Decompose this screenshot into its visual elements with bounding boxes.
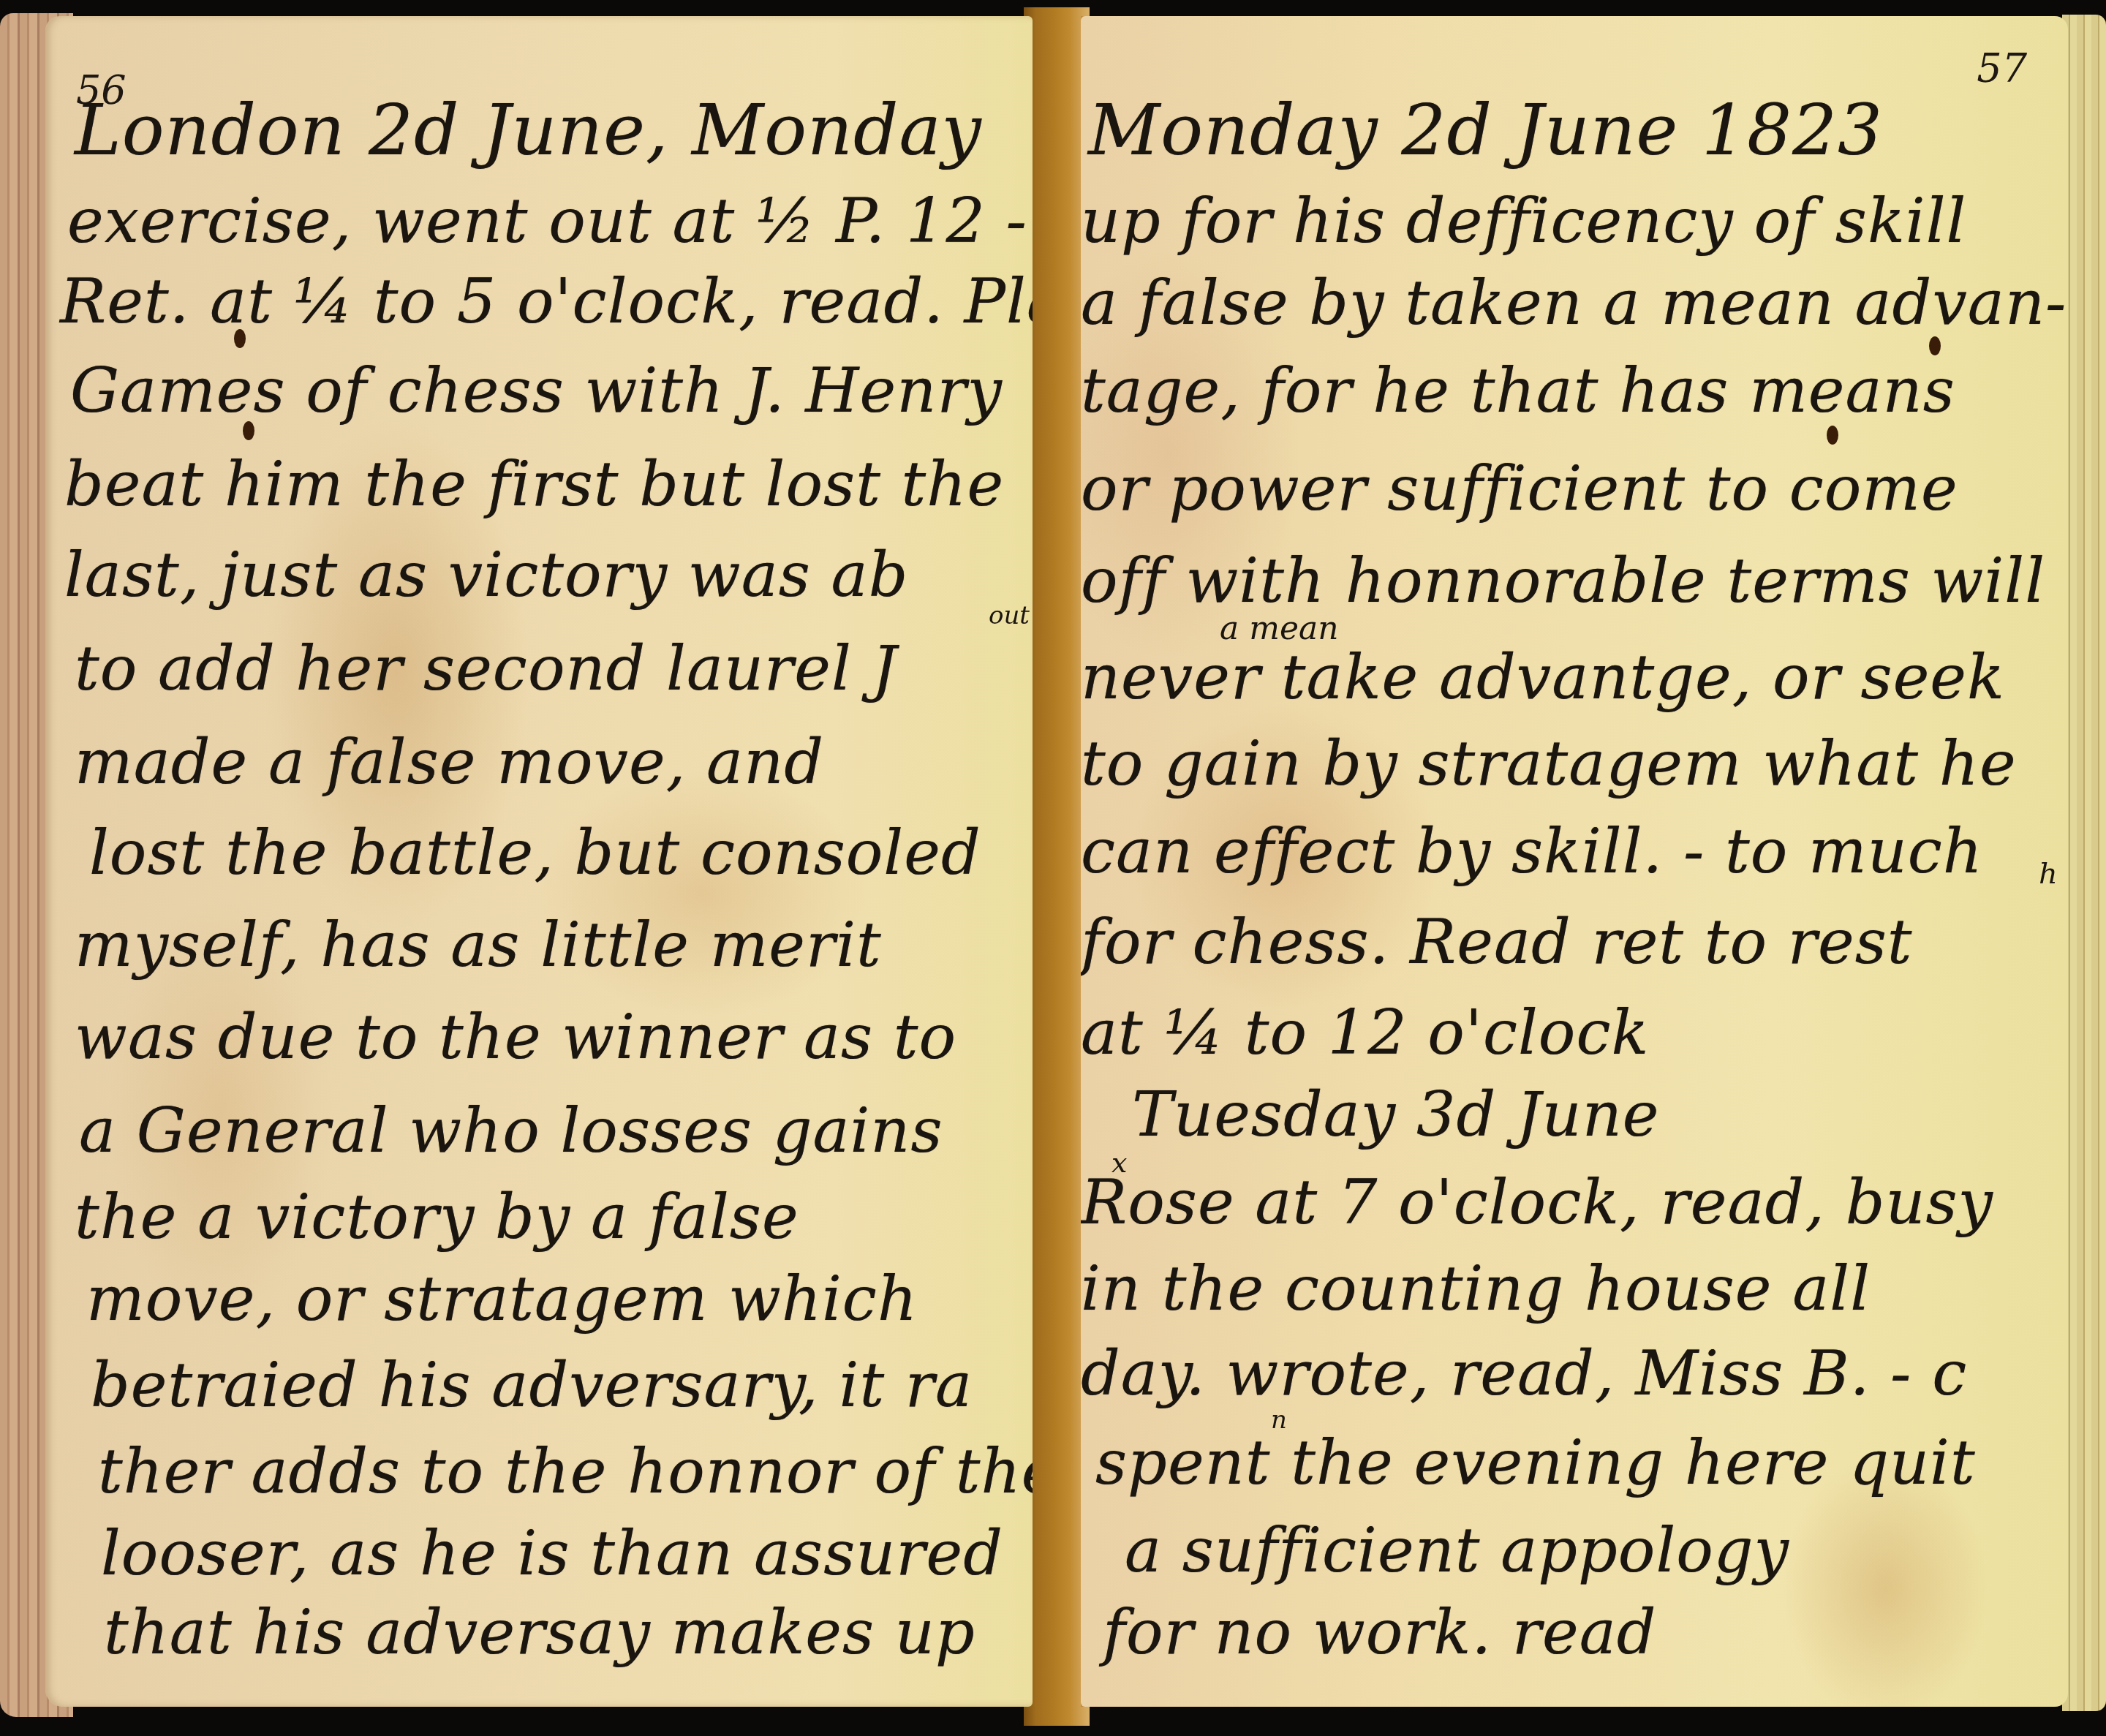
text-line: off with honnorable terms will [1081,550,2045,611]
text-line: beat him the first but lost the [64,453,1004,515]
page-number-right: 57 [1977,45,2027,91]
text-line: a sufficient appology [1125,1520,1789,1581]
text-line: looser, as he is than assured [101,1522,1003,1584]
interlinear-insert: a mean [1220,610,1339,647]
text-line: for no work. read [1103,1601,1657,1663]
text-line: ther adds to the honnor of the [98,1441,1033,1502]
text-line: never take advantge, or seek [1081,646,2005,708]
text-line: last, just as victory was ab [64,544,908,605]
book-gutter [1024,7,1090,1726]
right-page: 57 Monday 2d June 1823 up for his deffic… [1081,16,2068,1707]
worm-hole [1827,426,1838,445]
text-line: was due to the winner as to [75,1006,956,1068]
text-line: that his adversay makes up [104,1601,975,1663]
text-line: a false by taken a mean advan- [1081,272,2067,333]
text-line: myself, has as little merit [75,914,882,975]
insertion-mark: x [1111,1147,1127,1179]
text-line: tage, for he that has means [1081,360,1955,421]
text-line: Ret. at ¼ to 5 o'clock, read. Play 2 [60,271,1033,332]
text-line: can effect by skill. - to much [1081,820,1983,882]
text-line: lost the battle, but consoled [89,822,981,883]
text-line: made a false move, and [75,731,824,793]
text-line: for chess. Read ret to rest [1081,911,1913,973]
interlinear-mark: n [1271,1405,1287,1435]
text-line: in the counting house all [1081,1258,1871,1319]
text-line: Monday 2d June 1823 [1088,95,1883,165]
worm-hole [1929,336,1941,355]
left-page: 56 London 2d June, Monday exercise, went… [45,16,1033,1707]
right-page-edges [2062,15,2106,1711]
text-line: a General who losses gains [79,1100,943,1161]
margin-note: out [989,601,1030,630]
text-line: the a victory by a false [75,1186,799,1248]
text-line: spent the evening here quit [1095,1432,1976,1493]
text-line: exercise, went out at ½ P. 12 - [67,190,1027,252]
book-spread: 56 London 2d June, Monday exercise, went… [0,0,2106,1736]
text-line: London 2d June, Monday [75,95,982,165]
text-line: or power sufficient to come [1081,458,1958,519]
text-line: to gain by stratagem what he [1081,733,2017,794]
margin-note: h [2039,857,2058,891]
text-line: at ¼ to 12 o'clock [1081,1002,1649,1063]
text-line: to add her second laurel J [75,638,897,699]
text-line: up for his defficency of skill [1081,190,1966,252]
text-line: Rose at 7 o'clock, read, busy [1081,1171,1993,1233]
text-line: Tuesday 3d June [1132,1084,1659,1145]
text-line: Games of chess with J. Henry [70,360,1003,421]
text-line: betraied his adversary, it ra [91,1354,973,1416]
text-line: move, or stratagem which [86,1268,918,1329]
text-line: day. wrote, read, Miss B. - c [1081,1343,1967,1404]
